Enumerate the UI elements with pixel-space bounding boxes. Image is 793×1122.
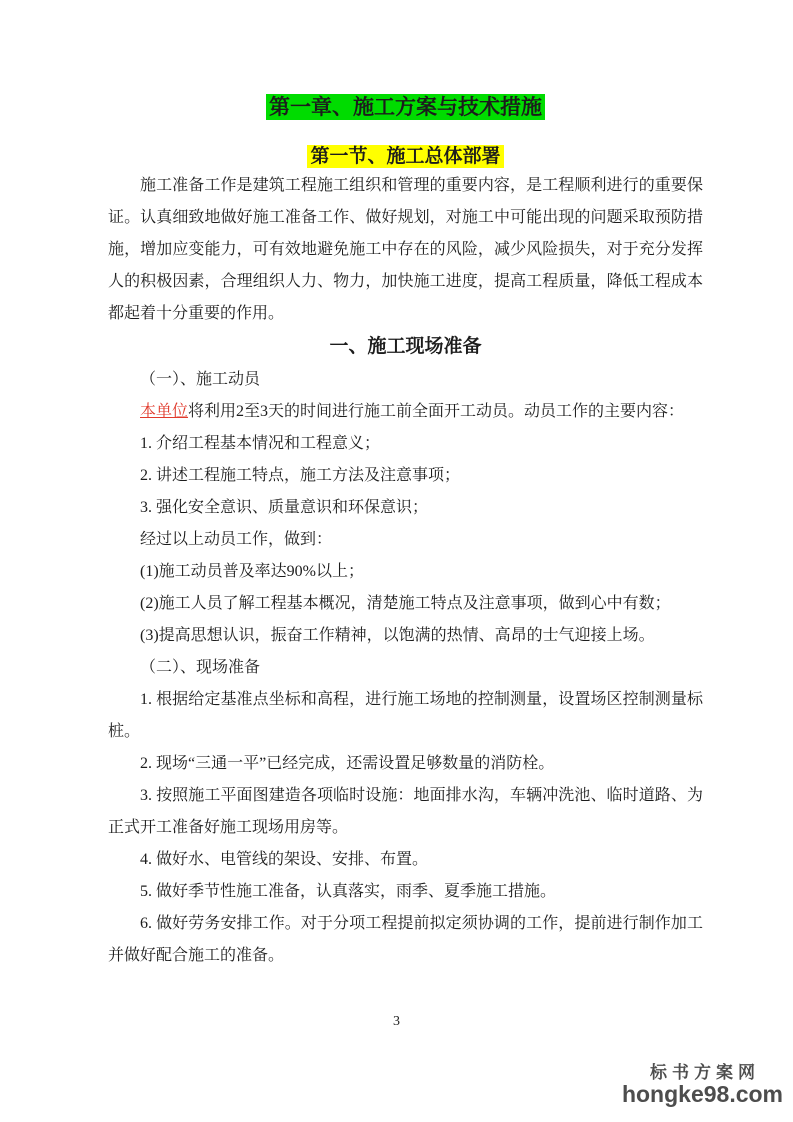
- paragraph: 本单位将利用2至3天的时间进行施工前全面开工动员。动员工作的主要内容：: [108, 396, 703, 428]
- paragraph: （一）、施工动员: [108, 364, 703, 396]
- subsection-heading: 一、施工现场准备: [108, 330, 703, 364]
- chapter-title: 第一章、施工方案与技术措施: [108, 92, 703, 122]
- body-paragraphs: （一）、施工动员本单位将利用2至3天的时间进行施工前全面开工动员。动员工作的主要…: [108, 364, 703, 972]
- paragraph: 2. 讲述工程施工特点，施工方法及注意事项；: [108, 460, 703, 492]
- chapter-title-highlight: 第一章、施工方案与技术措施: [266, 94, 545, 120]
- paragraph: 2. 现场“三通一平”已经完成，还需设置足够数量的消防栓。: [108, 748, 703, 780]
- page-number: 3: [0, 1014, 793, 1030]
- section-title: 第一节、施工总体部署: [108, 143, 703, 170]
- paragraph: 3. 强化安全意识、质量意识和环保意识；: [108, 492, 703, 524]
- intro-paragraph: 施工准备工作是建筑工程施工组织和管理的重要内容，是工程顺利进行的重要保证。认真细…: [108, 170, 703, 330]
- company-ref-red-text: 本单位: [140, 403, 188, 420]
- paragraph: （二）、现场准备: [108, 652, 703, 684]
- section-title-highlight: 第一节、施工总体部署: [307, 145, 503, 168]
- watermark-logo: 标书方案网 hongke98.com: [622, 1063, 783, 1106]
- paragraph: 6. 做好劳务安排工作。对于分项工程提前拟定须协调的工作，提前进行制作加工并做好…: [108, 908, 703, 972]
- watermark-site-url: hongke98.com: [622, 1083, 783, 1106]
- paragraph: 1. 根据给定基准点坐标和高程，进行施工场地的控制测量，设置场区控制测量标桩。: [108, 684, 703, 748]
- paragraph: (2)施工人员了解工程基本概况，清楚施工特点及注意事项，做到心中有数；: [108, 588, 703, 620]
- paragraph: 3. 按照施工平面图建造各项临时设施：地面排水沟，车辆冲洗池、临时道路、为正式开…: [108, 780, 703, 844]
- document-page: 第一章、施工方案与技术措施 第一节、施工总体部署 施工准备工作是建筑工程施工组织…: [0, 0, 793, 1122]
- paragraph: (3)提高思想认识，振奋工作精神，以饱满的热情、高昂的士气迎接上场。: [108, 620, 703, 652]
- paragraph: (1)施工动员普及率达90%以上；: [108, 556, 703, 588]
- document-content: 第一章、施工方案与技术措施 第一节、施工总体部署 施工准备工作是建筑工程施工组织…: [108, 92, 703, 972]
- paragraph: 1. 介绍工程基本情况和工程意义；: [108, 428, 703, 460]
- watermark-site-name: 标书方案网: [622, 1063, 788, 1083]
- paragraph: 5. 做好季节性施工准备，认真落实，雨季、夏季施工措施。: [108, 876, 703, 908]
- paragraph: 4. 做好水、电管线的架设、安排、布置。: [108, 844, 703, 876]
- paragraph: 经过以上动员工作，做到：: [108, 524, 703, 556]
- paragraph-text: 将利用2至3天的时间进行施工前全面开工动员。动员工作的主要内容：: [188, 403, 684, 420]
